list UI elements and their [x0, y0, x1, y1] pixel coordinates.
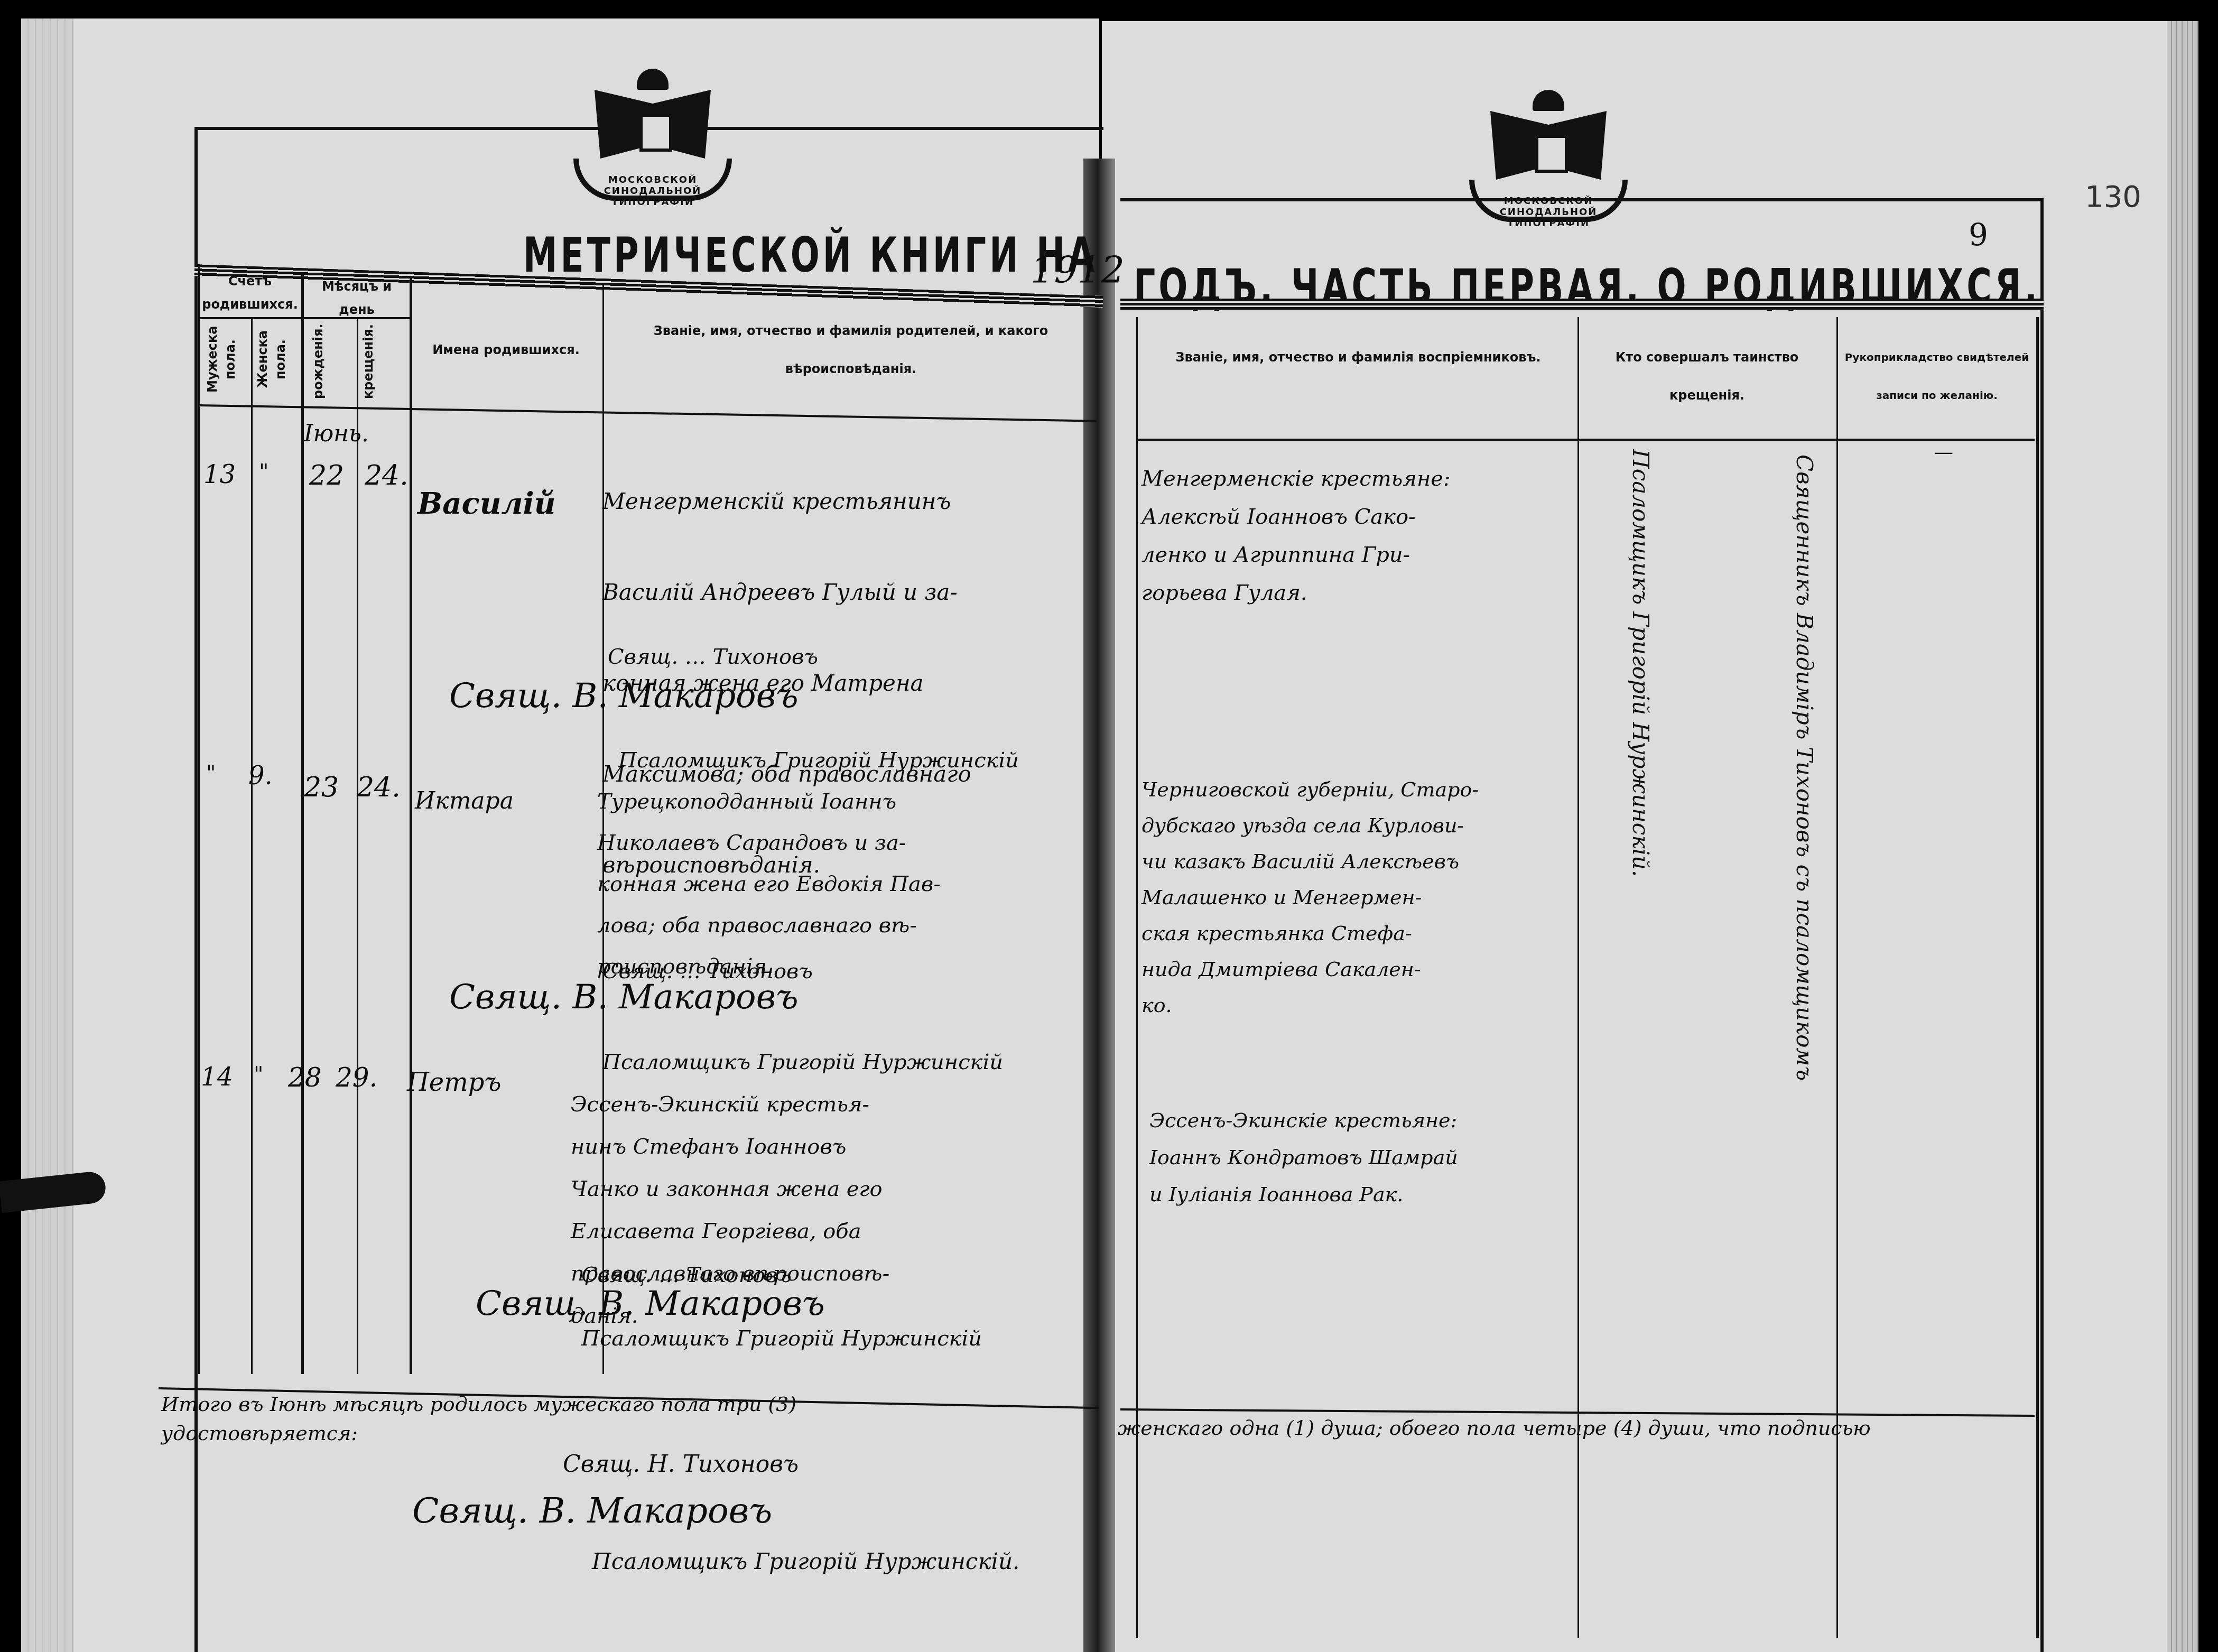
godparents-line: ко. — [1142, 987, 1479, 1023]
entry-child-name: Иктара — [415, 787, 514, 814]
parents-line: Николаевъ Сарандовъ и за- — [597, 822, 1019, 864]
summary-signature-1: Свящ. Н. Тихоновъ — [563, 1451, 799, 1478]
godparents-line: Алексѣй Іоанновъ Сако- — [1142, 498, 1450, 536]
crown-icon — [1533, 90, 1564, 111]
entry-parents: Псаломщикъ Григорій Нуржинскій Турецкопо… — [597, 740, 1019, 987]
header-date-group: Мѣсяцъ и день — [307, 275, 407, 321]
entry-signature: Свящ. В. Макаровъ — [449, 676, 799, 716]
summary-signature-2: Свящ. В. Макаровъ — [412, 1490, 772, 1531]
page-number: 9 — [1969, 217, 1988, 253]
header-parents: Званіе, имя, отчество и фамилія родителе… — [608, 312, 1094, 388]
archive-number: 130 — [2085, 180, 2141, 214]
header-date-birth: рожденія. — [309, 325, 354, 399]
col-line — [410, 277, 412, 1374]
page-edges-right — [2167, 21, 2198, 1652]
header-date-baptism: крещенія. — [359, 325, 407, 399]
parents-line: нинъ Стефанъ Іоанновъ — [571, 1126, 1003, 1168]
crown-icon — [637, 69, 669, 90]
parents-line: Турецкоподданный Іоаннъ — [597, 781, 1019, 822]
col-line — [1577, 317, 1579, 1638]
emblem-ribbon-text: МОСКОВСКОЙ СИНОДАЛЬНОЙ ТИПОГРАФІИ — [573, 174, 732, 208]
entry-male-number: 13 — [203, 460, 236, 489]
godparents-line: и Іуліанія Іоаннова Рак. — [1149, 1176, 1458, 1213]
parents-line: Чанко и законная жена его — [571, 1168, 1003, 1210]
godparents-line: горьева Гулая. — [1142, 574, 1450, 612]
header-names: Имена родившихся. — [412, 333, 600, 367]
col-line — [198, 264, 200, 1374]
godparents-line: нида Дмитріева Сакален- — [1142, 951, 1479, 987]
entry-baptism-day: 24. — [365, 460, 409, 491]
entry-godparents: Эссенъ-Экинскіе крестьяне: Іоаннъ Кондра… — [1149, 1102, 1458, 1213]
entry-male-number: 14 — [201, 1062, 233, 1092]
imperial-eagle-emblem-left: МОСКОВСКОЙ СИНОДАЛЬНОЙ ТИПОГРАФІИ — [573, 69, 732, 206]
entry-female-number: " — [259, 460, 268, 484]
parents-line: Псаломщикъ Григорій Нуржинскій — [571, 1041, 1003, 1083]
godparents-line: Малашенко и Менгермен- — [1142, 879, 1479, 915]
parents-line: лова; оба православнаго вѣ- — [597, 905, 1019, 946]
godparents-line: Менгерменскіе крестьяне: — [1142, 460, 1450, 498]
godparents-line: Эссенъ-Экинскіе крестьяне: — [1149, 1102, 1458, 1139]
officiant-vertical-1: Священникъ Владиміръ Тихоновъ съ псаломщ… — [1792, 454, 1817, 1081]
entry-signature: Свящ. В. Макаровъ — [476, 1284, 825, 1323]
entry-birth-day: 22 — [309, 460, 344, 491]
title-year: 1912 — [1031, 248, 1125, 292]
summary-line-right: женскаго одна (1) душа; обоего пола четы… — [1118, 1416, 1871, 1440]
entry-baptism-day: 29. — [336, 1062, 378, 1093]
entry-child-name: Петръ — [407, 1068, 502, 1097]
page-edges-left — [21, 18, 74, 1652]
col-line — [2036, 317, 2039, 1638]
parents-line: конная жена его Евдокія Пав- — [597, 864, 1019, 905]
parents-line: Елисавета Георгіева, оба — [571, 1210, 1003, 1252]
month-label: Іюнь. — [304, 420, 369, 447]
entry-male-number: " — [206, 761, 216, 785]
parents-line: Псаломщикъ Григорій Нуржинскій — [597, 740, 1019, 781]
entry-baptism-day: 24. — [357, 772, 401, 803]
entry-female-number: 9. — [248, 761, 273, 791]
header-rule-right — [1120, 299, 2044, 310]
godparents-line: чи казакъ Василій Алексѣевъ — [1142, 843, 1479, 879]
title-left: МЕТРИЧЕСКОЙ КНИГИ НА — [523, 227, 1098, 283]
godparents-line: Іоаннъ Кондратовъ Шамрай — [1149, 1139, 1458, 1176]
entry-birth-day: 28 — [288, 1062, 322, 1093]
parents-line: Эссенъ-Экинскій крестья- — [571, 1083, 1003, 1126]
officiant-vertical-2: Псаломщикъ Григорій Нуржинскій. — [1628, 449, 1654, 877]
col-line — [1836, 317, 1838, 1638]
header-count-male: Мужеска пола. — [203, 322, 248, 396]
godparents-line: ская крестьянка Стефа- — [1142, 915, 1479, 951]
entry-birth-day: 23 — [304, 772, 339, 803]
header-count-group: Счётъ родившихся. — [200, 270, 300, 316]
col-line — [1136, 317, 1138, 1638]
witness-mark: — — [1934, 441, 1953, 463]
parents-line: Менгерменскій крестьянинъ — [602, 479, 971, 524]
entry-female-number: " — [254, 1062, 263, 1087]
header-witnesses: Рукоприкладство свидѣтелей записи по жел… — [1839, 338, 2035, 414]
parents-line: Василій Андреевъ Гулый и за- — [602, 570, 971, 615]
col-line — [251, 317, 253, 1374]
summary-signature-3: Псаломщикъ Григорій Нуржинскій. — [592, 1548, 1019, 1574]
col-line — [357, 317, 358, 1374]
shield-icon — [639, 114, 672, 152]
entry-godparents: Черниговской губерніи, Старо- дубскаго у… — [1142, 772, 1479, 1023]
shield-icon — [1535, 135, 1568, 173]
entry-signature: Псаломщикъ Григорій Нуржинскій — [581, 1326, 982, 1351]
entry-godparents: Менгерменскіе крестьяне: Алексѣй Іоаннов… — [1142, 460, 1450, 612]
godparents-line: дубскаго уѣзда села Курлови- — [1142, 808, 1479, 843]
header-officiant: Кто совершалъ таинство крещенія. — [1580, 338, 1834, 414]
summary-line-1: Итого въ Іюнѣ мѣсяцѣ родилось мужескаго … — [161, 1393, 796, 1416]
imperial-eagle-emblem-right: МОСКОВСКОЙ СИНОДАЛЬНОЙ ТИПОГРАФІИ — [1469, 90, 1628, 227]
header-bottom-rule — [1136, 439, 2035, 441]
godparents-line: ленко и Агриппина Гри- — [1142, 536, 1450, 574]
emblem-ribbon-text: МОСКОВСКОЙ СИНОДАЛЬНОЙ ТИПОГРАФІИ — [1469, 196, 1628, 229]
godparents-line: Черниговской губерніи, Старо- — [1142, 772, 1479, 808]
summary-line-2: удостовѣряется: — [161, 1422, 358, 1445]
entry-child-name: Василій — [417, 486, 555, 521]
entry-signature: Свящ. В. Макаровъ — [449, 978, 799, 1017]
entry-signature: Свящ. … Тихоновъ — [608, 645, 818, 669]
header-godparents: Званіе, имя, отчество и фамилія воспріем… — [1142, 338, 1575, 376]
header-count-female: Женска пола. — [254, 322, 299, 396]
